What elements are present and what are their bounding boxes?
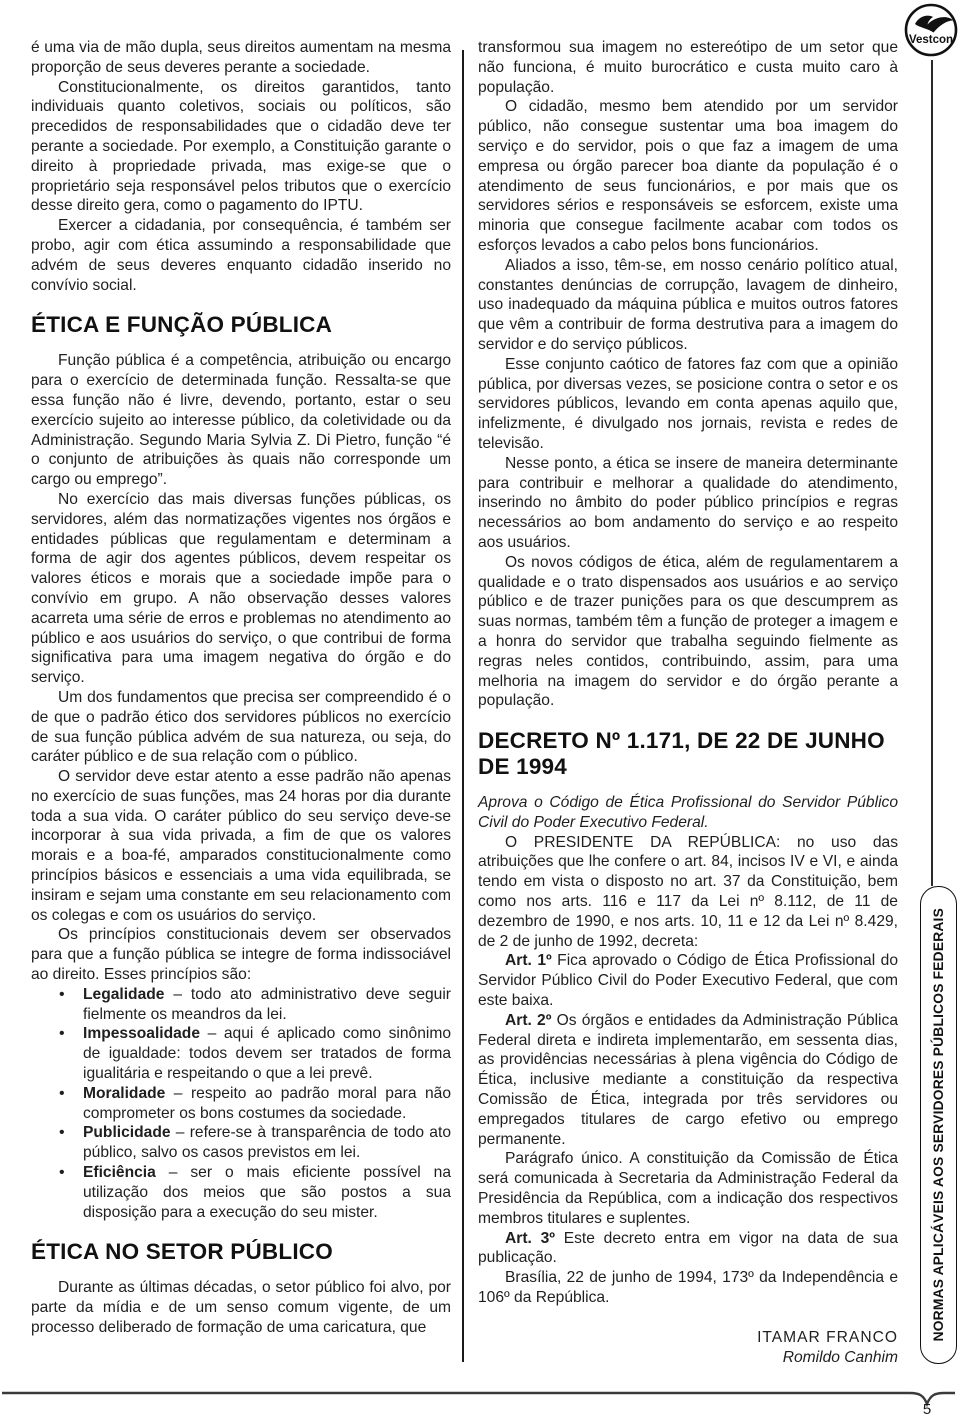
page-number: 5 [917, 1400, 937, 1420]
paragraph: O cidadão, mesmo bem atendido por um ser… [478, 97, 898, 255]
svg-text:Vestcon: Vestcon [909, 34, 953, 46]
article-text: Os órgãos e entidades da Administração P… [478, 1012, 898, 1148]
paragraph-continuation: transformou sua imagem no estereótipo de… [478, 38, 898, 97]
article-number: Art. 3º [505, 1230, 555, 1247]
signature-block: ITAMAR FRANCO Romildo Canhim [478, 1328, 898, 1368]
principle-term: Publicidade [83, 1124, 171, 1141]
paragraph: Esse conjunto caótico de fatores faz com… [478, 355, 898, 454]
principle-term: Legalidade [83, 986, 164, 1003]
principle-term: Eficiência [83, 1164, 156, 1181]
article-number: Art. 1º [505, 952, 552, 969]
paragraph: Os novos códigos de ética, além de regul… [478, 553, 898, 711]
section-heading-decreto-1171: DECRETO Nº 1.171, DE 22 DE JUNHO DE 1994 [478, 728, 898, 780]
paragraph-brasilia-date: Brasília, 22 de junho de 1994, 173º da I… [478, 1268, 898, 1308]
section-heading-etica-e-funcao-publica: ÉTICA E FUNÇÃO PÚBLICA [31, 312, 451, 338]
paragraph-art-3: Art. 3º Este decreto entra em vigor na d… [478, 1229, 898, 1269]
paragraph: O servidor deve estar atento a esse padr… [31, 767, 451, 925]
list-item-moralidade: Moralidade – respeito ao padrão moral pa… [83, 1084, 451, 1124]
paragraph: Exercer a cidadania, por consequência, é… [31, 216, 451, 295]
paragraph-art-1: Art. 1º Fica aprovado o Código de Ética … [478, 951, 898, 1010]
footer-rule [0, 1380, 960, 1412]
paragraph-paragrafo-unico: Parágrafo único. A constituição da Comis… [478, 1149, 898, 1228]
paragraph: No exercício das mais diversas funções p… [31, 490, 451, 688]
signature-minister: Romildo Canhim [478, 1348, 898, 1368]
vestcon-logo: Vestcon [904, 3, 958, 57]
paragraph: Constitucionalmente, os direitos garanti… [31, 78, 451, 217]
paragraph: Durante as últimas décadas, o setor públ… [31, 1278, 451, 1337]
right-column: transformou sua imagem no estereótipo de… [478, 38, 898, 1367]
paragraph: Função pública é a competência, atribuiç… [31, 351, 451, 490]
principle-term: Moralidade [83, 1085, 165, 1102]
column-divider-rule [462, 50, 464, 1362]
series-tab-label: NORMAS APLICÁVEIS AOS SERVIDORES PÚBLICO… [929, 908, 949, 1341]
paragraph: Um dos fundamentos que precisa ser compr… [31, 688, 451, 767]
list-item-publicidade: Publicidade – refere-se à transparência … [83, 1123, 451, 1163]
list-item-legalidade: Legalidade – todo ato administrativo dev… [83, 985, 451, 1025]
series-tab: NORMAS APLICÁVEIS AOS SERVIDORES PÚBLICO… [920, 886, 957, 1364]
paragraph: Aliados a isso, têm-se, em nosso cenário… [478, 256, 898, 355]
signature-president: ITAMAR FRANCO [478, 1328, 898, 1348]
paragraph-art-2: Art. 2º Os órgãos e entidades da Adminis… [478, 1011, 898, 1150]
left-column: é uma via de mão dupla, seus direitos au… [31, 38, 451, 1338]
paragraph: Nesse ponto, a ética se insere de maneir… [478, 454, 898, 553]
section-heading-etica-no-setor-publico: ÉTICA NO SETOR PÚBLICO [31, 1239, 451, 1265]
paragraph-continuation: é uma via de mão dupla, seus direitos au… [31, 38, 451, 78]
vestcon-logo-icon: Vestcon [904, 3, 958, 57]
principle-term: Impessoalidade [83, 1025, 200, 1042]
paragraph-presidente: O PRESIDENTE DA REPÚBLICA: no uso das at… [478, 833, 898, 952]
decree-ementa: Aprova o Código de Ética Profissional do… [478, 793, 898, 833]
document-page: é uma via de mão dupla, seus direitos au… [0, 0, 960, 1424]
list-item-impessoalidade: Impessoalidade – aqui é aplicado como si… [83, 1024, 451, 1083]
principles-list: Legalidade – todo ato administrativo dev… [31, 985, 451, 1223]
paragraph: Os princípios constitucionais devem ser … [31, 925, 451, 984]
rail-connector-line [931, 60, 933, 886]
article-number: Art. 2º [505, 1012, 551, 1029]
list-item-eficiencia: Eficiência – ser o mais eficiente possív… [83, 1163, 451, 1222]
